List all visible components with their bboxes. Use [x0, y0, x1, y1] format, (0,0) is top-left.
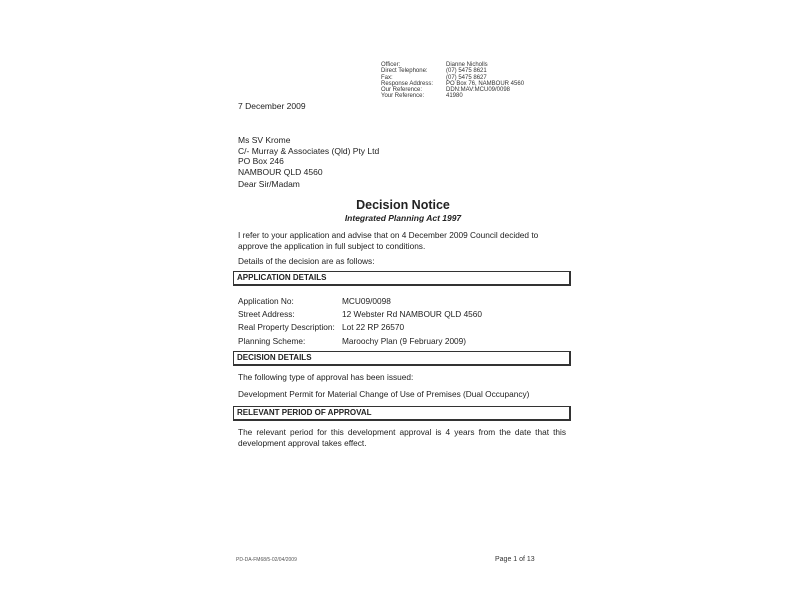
document-subtitle: Integrated Planning Act 1997 — [238, 213, 568, 223]
section-header-application-details: APPLICATION DETAILS — [233, 271, 571, 286]
section-header-relevant-period: RELEVANT PERIOD OF APPROVAL — [233, 406, 571, 421]
recipient-po-box: PO Box 246 — [238, 156, 379, 167]
salutation: Dear Sir/Madam — [238, 179, 300, 189]
form-code: PD-DA-FM68/5-02/04/2009 — [236, 557, 297, 563]
decision-text: The following type of approval has been … — [238, 372, 566, 383]
page-number: Page 1 of 13 — [495, 556, 535, 563]
document-title: Decision Notice — [238, 198, 568, 212]
details-intro: Details of the decision are as follows: — [238, 256, 566, 267]
application-details-table: Application No:MCU09/0098 Street Address… — [238, 295, 482, 348]
table-row: Planning Scheme:Maroochy Plan (9 Februar… — [238, 335, 482, 348]
section-header-decision-details: DECISION DETAILS — [233, 351, 571, 366]
table-row: Application No:MCU09/0098 — [238, 295, 482, 308]
letter-date: 7 December 2009 — [238, 101, 306, 111]
recipient-locality: NAMBOUR QLD 4560 — [238, 167, 379, 178]
officer-block: Officer:Dianne Nicholls Direct Telephone… — [381, 62, 524, 100]
recipient-name: Ms SV Krome — [238, 135, 379, 146]
intro-paragraph: I refer to your application and advise t… — [238, 230, 566, 251]
your-reference-row: Your Reference:41980 — [381, 93, 524, 99]
recipient-company: C/- Murray & Associates (Qld) Pty Ltd — [238, 146, 379, 157]
recipient-address: Ms SV Krome C/- Murray & Associates (Qld… — [238, 135, 379, 177]
approval-type: Development Permit for Material Change o… — [238, 389, 566, 400]
relevant-period-text: The relevant period for this development… — [238, 427, 566, 448]
table-row: Real Property Description:Lot 22 RP 2657… — [238, 321, 482, 334]
table-row: Street Address:12 Webster Rd NAMBOUR QLD… — [238, 308, 482, 321]
